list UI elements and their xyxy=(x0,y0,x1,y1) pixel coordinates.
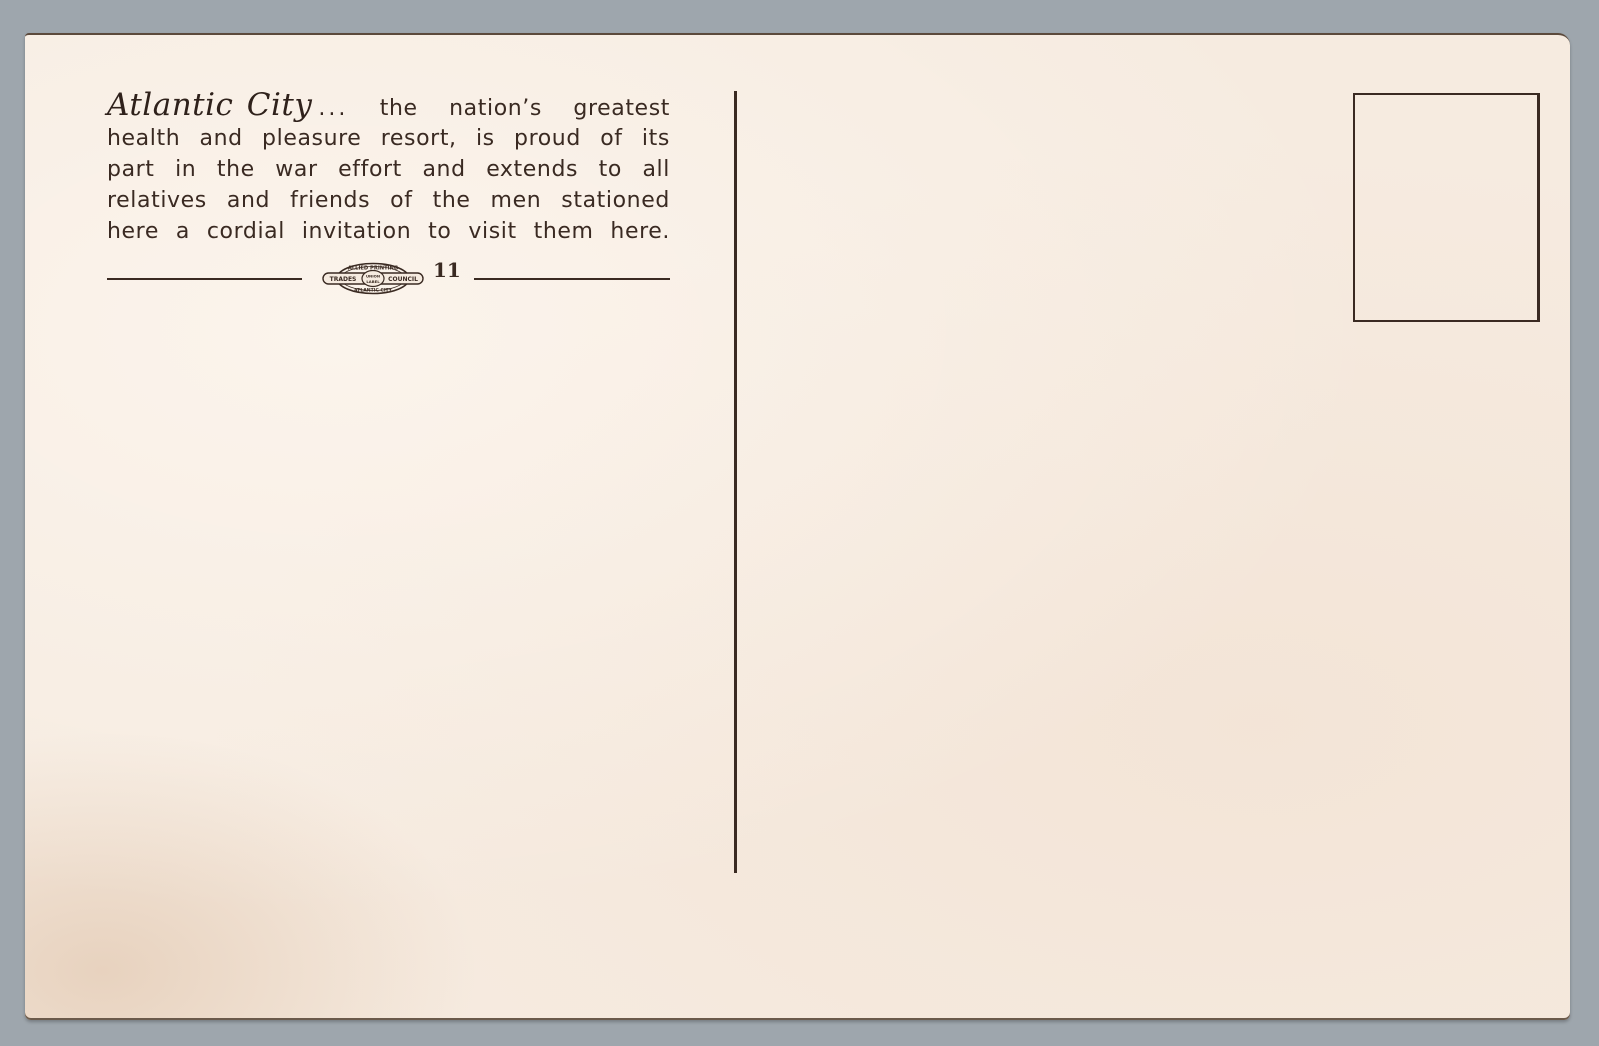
word: the xyxy=(217,154,255,185)
footer-row: ALLIED PRINTING TRADES UNION LABEL COUNC… xyxy=(107,262,670,292)
word: visit xyxy=(468,216,516,247)
svg-text:ATLANTIC CITY: ATLANTIC CITY xyxy=(354,288,393,294)
word: war xyxy=(275,154,317,185)
word: resort, xyxy=(381,123,457,154)
word: relatives xyxy=(107,185,207,216)
word: in xyxy=(175,154,196,185)
word: the xyxy=(380,91,418,127)
message-block: Atlantic City ... the nation’s greatest … xyxy=(107,87,670,247)
svg-text:LABEL: LABEL xyxy=(366,279,380,284)
word: nation’s xyxy=(449,91,542,127)
word: the xyxy=(433,185,471,216)
postcard-back: Atlantic City ... the nation’s greatest … xyxy=(25,33,1570,1020)
rule-left xyxy=(107,278,302,280)
word: invitation xyxy=(302,216,411,247)
word: effort xyxy=(338,154,402,185)
union-label-bug-icon: ALLIED PRINTING TRADES UNION LABEL COUNC… xyxy=(319,262,427,295)
message-line-5: here a cordial invitation to visit them … xyxy=(107,216,670,247)
center-divider-line xyxy=(734,91,737,873)
word: stationed xyxy=(561,185,670,216)
word: part xyxy=(107,154,155,185)
svg-text:COUNCIL: COUNCIL xyxy=(388,276,418,283)
word: and xyxy=(422,154,465,185)
rule-right xyxy=(474,278,670,280)
word: a xyxy=(176,216,190,247)
word: and xyxy=(200,123,243,154)
svg-text:TRADES: TRADES xyxy=(330,276,357,283)
word: to xyxy=(599,154,622,185)
word: of xyxy=(390,185,412,216)
message-line-1: Atlantic City ... the nation’s greatest xyxy=(107,87,670,123)
atlantic-city-script-title: Atlantic City xyxy=(107,87,312,123)
word: pleasure xyxy=(262,123,361,154)
word: of xyxy=(600,123,622,154)
word: all xyxy=(642,154,670,185)
word: health xyxy=(107,123,180,154)
word: and xyxy=(227,185,270,216)
svg-text:ALLIED PRINTING: ALLIED PRINTING xyxy=(348,266,398,272)
title-ellipsis: ... xyxy=(318,91,348,127)
word: greatest xyxy=(573,91,670,127)
word: proud xyxy=(514,123,581,154)
word: here xyxy=(107,216,159,247)
word: men xyxy=(491,185,542,216)
word: is xyxy=(476,123,495,154)
word: its xyxy=(642,123,670,154)
message-line-3: part in the war effort and extends to al… xyxy=(107,154,670,185)
message-line-2: health and pleasure resort, is proud of … xyxy=(107,123,670,154)
word: here. xyxy=(610,216,670,247)
word: to xyxy=(428,216,451,247)
message-line-4: relatives and friends of the men station… xyxy=(107,185,670,216)
word: friends xyxy=(290,185,370,216)
word: extends xyxy=(486,154,578,185)
word: them xyxy=(534,216,594,247)
stamp-box xyxy=(1353,93,1540,322)
print-number: 11 xyxy=(433,258,461,282)
svg-text:UNION: UNION xyxy=(366,274,380,279)
word: cordial xyxy=(207,216,285,247)
